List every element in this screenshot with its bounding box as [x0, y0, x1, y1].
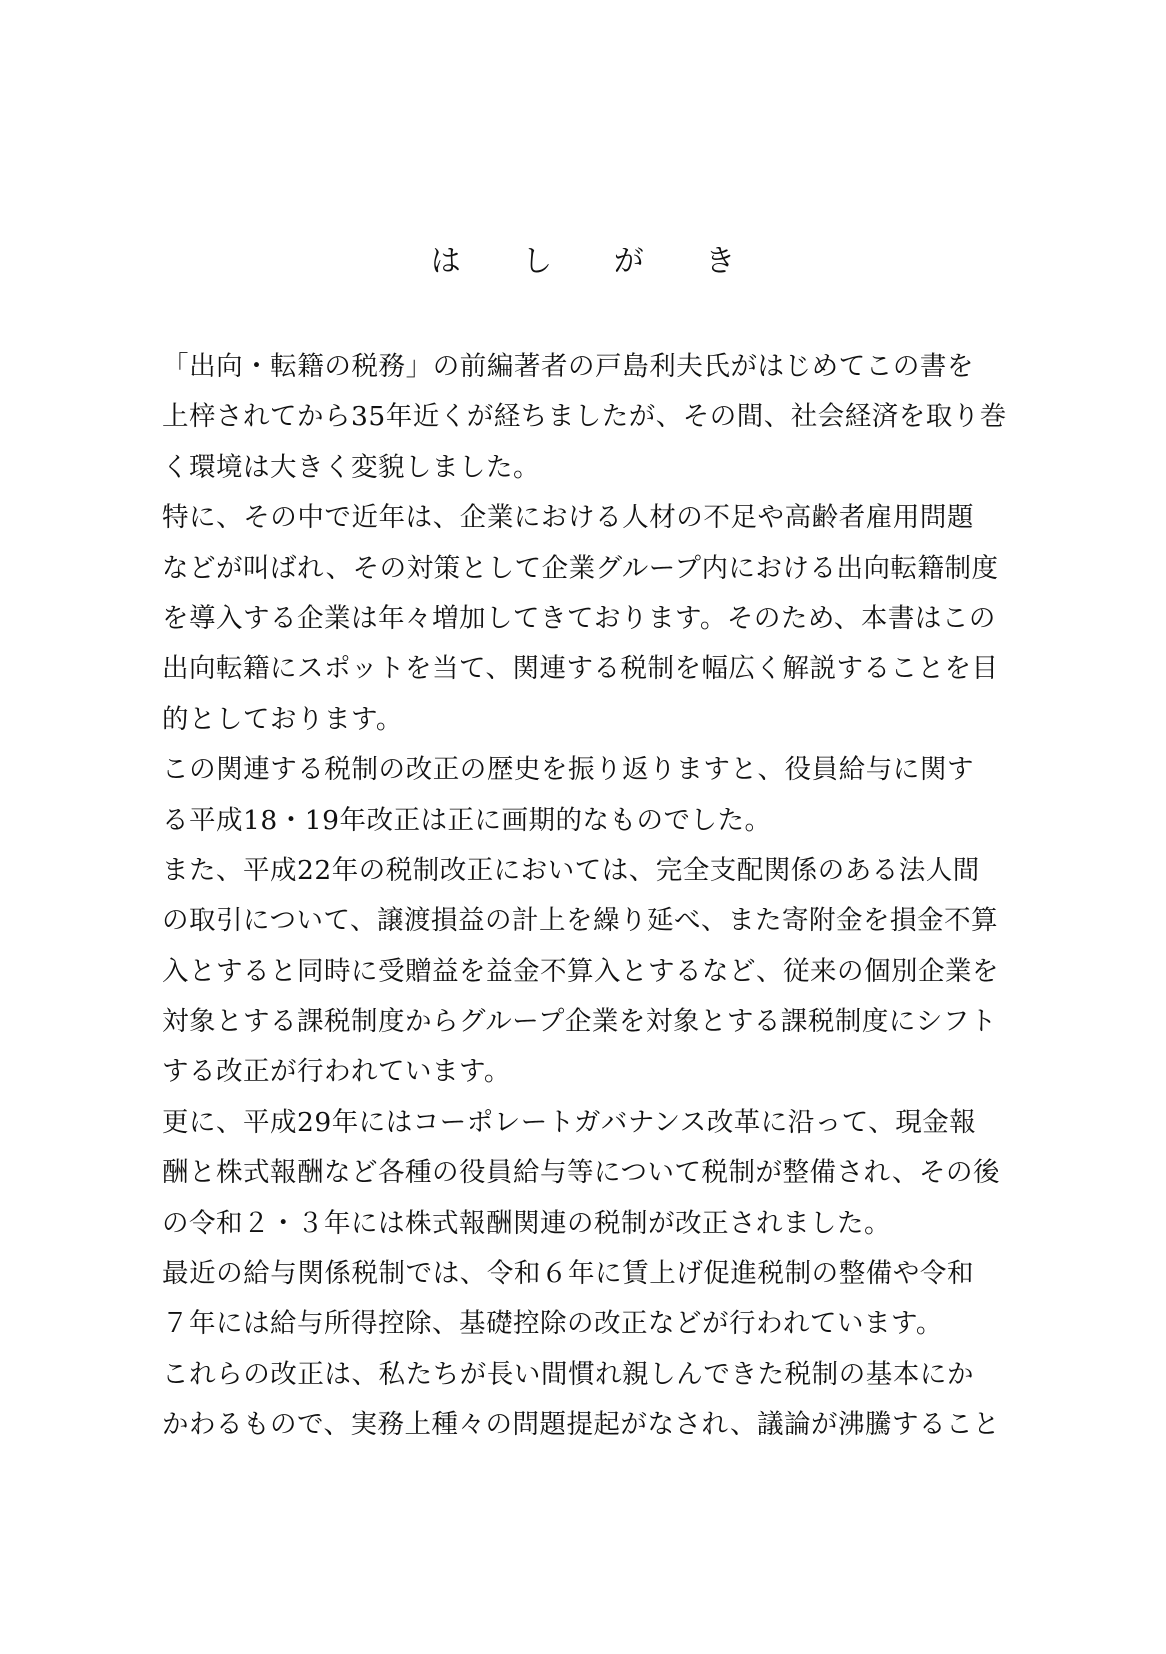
text-line: 入とすると同時に受贈益を益金不算入とするなど、従来の個別企業を	[162, 947, 974, 997]
text-line: 酬と株式報酬など各種の役員給与等について税制が整備され、その後	[162, 1148, 974, 1198]
page-title: は し が き	[0, 240, 1166, 284]
text-line: また、平成22年の税制改正においては、完全支配関係のある法人間	[162, 846, 974, 896]
preface-body: 「出向・転籍の税務」の前編著者の戸島利夫氏がはじめてこの書を 上梓されてから35…	[162, 342, 974, 1451]
text-line: などが叫ばれ、その対策として企業グループ内における出向転籍制度	[162, 544, 974, 594]
text-line: く環境は大きく変貌しました。	[162, 443, 974, 493]
text-line: 対象とする課税制度からグループ企業を対象とする課税制度にシフト	[162, 997, 974, 1047]
text-line: これらの改正は、私たちが長い間慣れ親しんできた税制の基本にか	[162, 1350, 974, 1400]
text-line: する改正が行われています。	[162, 1047, 974, 1097]
text-line: 最近の給与関係税制では、令和６年に賃上げ促進税制の整備や令和	[162, 1249, 974, 1299]
text-line: の令和２・３年には株式報酬関連の税制が改正されました。	[162, 1199, 974, 1249]
text-line: かわるもので、実務上種々の問題提起がなされ、議論が沸騰すること	[162, 1400, 974, 1450]
text-line: を導入する企業は年々増加してきております。そのため、本書はこの	[162, 594, 974, 644]
text-line: 上梓されてから35年近くが経ちましたが、その間、社会経済を取り巻	[162, 392, 974, 442]
text-line: 「出向・転籍の税務」の前編著者の戸島利夫氏がはじめてこの書を	[162, 342, 974, 392]
document-page: は し が き 「出向・転籍の税務」の前編著者の戸島利夫氏がはじめてこの書を 上…	[0, 0, 1166, 1654]
text-line: ７年には給与所得控除、基礎控除の改正などが行われています。	[162, 1299, 974, 1349]
text-line: の取引について、譲渡損益の計上を繰り延べ、また寄附金を損金不算	[162, 896, 974, 946]
text-line: 更に、平成29年にはコーポレートガバナンス改革に沿って、現金報	[162, 1098, 974, 1148]
text-line: 特に、その中で近年は、企業における人材の不足や高齢者雇用問題	[162, 493, 974, 543]
text-line: この関連する税制の改正の歴史を振り返りますと、役員給与に関す	[162, 745, 974, 795]
text-line: 的としております。	[162, 695, 974, 745]
text-line: 出向転籍にスポットを当て、関連する税制を幅広く解説することを目	[162, 644, 974, 694]
text-line: る平成18・19年改正は正に画期的なものでした。	[162, 796, 974, 846]
